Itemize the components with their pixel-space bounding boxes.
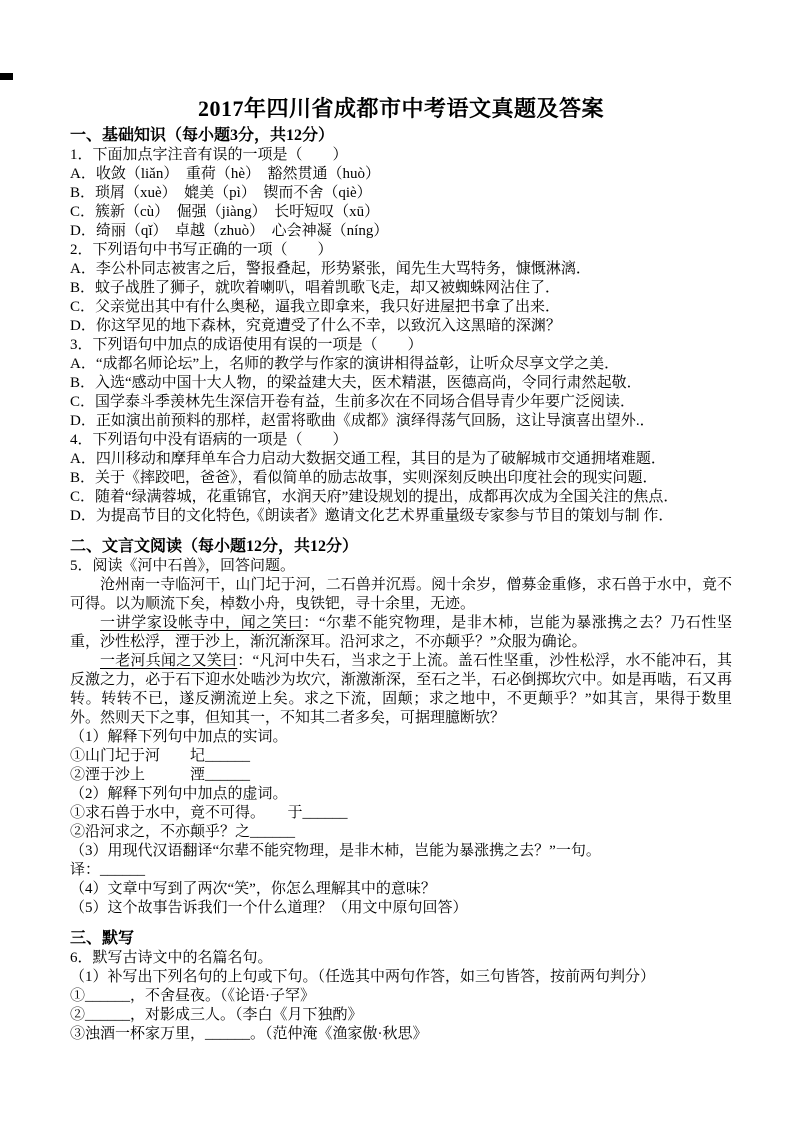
passage-paragraph: 一老河兵闻之又笑曰：“凡河中失石，当求之于上流。盖石性坚重，沙性松浮，水不能冲石…	[70, 652, 732, 728]
blank-answer-line: ①山门圮于河 圮______	[70, 747, 732, 766]
subquestion-line: （2）解释下列句中加点的虚词。	[70, 785, 732, 804]
page-edge-mark	[0, 73, 13, 80]
question-line: 6．默写古诗文中的名篇名句。	[70, 949, 732, 968]
section2-heading: 二、文言文阅读（每小题12分，共12分）	[70, 537, 732, 557]
section-gap	[70, 918, 732, 929]
question-line: 4．下列语句中没有语病的一项是（ ）	[70, 431, 732, 450]
question-line: 1．下面加点字注音有误的一项是（ ）	[70, 146, 732, 165]
blank-answer-line: ②湮于沙上 湮______	[70, 766, 732, 785]
blank-answer-line: 译：______	[70, 861, 732, 880]
option-line: D．绮丽（qǐ） 卓越（zhuò） 心会神凝（níng）	[70, 222, 732, 241]
option-line: B．关于《摔跤吧，爸爸》，看似简单的励志故事，实则深刻反映出印度社会的现实问题．	[70, 469, 732, 488]
option-line: D．正如演出前预料的那样，赵雷将歌曲《成都》演绎得荡气回肠，这让导演喜出望外.．	[70, 412, 732, 431]
option-line: B．入选“感动中国十大人物，的梁益建大夫，医术精湛，医德高尚，令同行肃然起敬．	[70, 374, 732, 393]
section1-heading: 一、基础知识（每小题3分，共12分）	[70, 126, 732, 146]
subquestion-line: （4）文章中写到了两次“笑”，你怎么理解其中的意味？	[70, 880, 732, 899]
option-line: A．四川移动和摩拜单车合力启动大数据交通工程，其目的是为了破解城市交通拥堵难题．	[70, 450, 732, 469]
subquestion-line: （1）解释下列句中加点的实词。	[70, 728, 732, 747]
option-line: C．父亲觉出其中有什么奥秘，逼我立即拿来，我只好进屋把书拿了出来．	[70, 298, 732, 317]
question-line: 5．阅读《河中石兽》，回答问题。	[70, 557, 732, 576]
section-basic-knowledge: 一、基础知识（每小题3分，共12分） 1．下面加点字注音有误的一项是（ ） A．…	[70, 126, 732, 526]
blank-answer-line: ②沿河求之，不亦颠乎？之______	[70, 823, 732, 842]
subquestion-line: （1）补写出下列名句的上句或下句。（任选其中两句作答，如三句皆答，按前两句判分）	[70, 968, 732, 987]
subquestion-line: （5）这个故事告诉我们一个什么道理？（用文中原句回答）	[70, 899, 732, 918]
section-gap	[70, 526, 732, 537]
question-line: 3．下列语句中加点的成语使用有误的一项是（ ）	[70, 336, 732, 355]
exam-page: 2017年四川省成都市中考语文真题及答案 一、基础知识（每小题3分，共12分） …	[0, 0, 794, 1123]
passage-paragraph: 一讲学家设帐寺中，闻之笑曰：“尔辈不能究物理，是非木杮，岂能为暴涨携之去？乃石性…	[70, 614, 732, 652]
option-line: D．你这罕见的地下森林，究竟遭受了什么不幸，以致沉入这黑暗的深渊？	[70, 317, 732, 336]
section-classical-reading: 二、文言文阅读（每小题12分，共12分） 5．阅读《河中石兽》，回答问题。 沧州…	[70, 537, 732, 918]
section-dictation: 三、默写 6．默写古诗文中的名篇名句。 （1）补写出下列名句的上句或下句。（任选…	[70, 929, 732, 1044]
blank-answer-line: ①______，不舍昼夜。（《论语·子罕》	[70, 987, 732, 1006]
option-line: C．簇新（cù） 倔强（jiàng） 长吁短叹（xū）	[70, 203, 732, 222]
option-line: D．为提高节目的文化特色,《朗读者》邀请文化艺术界重量级专家参与节目的策划与制 …	[70, 507, 732, 526]
blank-answer-line: ③浊酒一杯家万里，______。（范仲淹《渔家傲·秋思》	[70, 1025, 732, 1044]
passage-paragraph: 沧州南一寺临河干，山门圮于河，二石兽并沉焉。阅十余岁，僧募金重修，求石兽于水中，…	[70, 576, 732, 614]
subquestion-line: （3）用现代汉语翻译“尔辈不能究物理，是非木杮，岂能为暴涨携之去？”一句。	[70, 842, 732, 861]
page-content: 2017年四川省成都市中考语文真题及答案 一、基础知识（每小题3分，共12分） …	[70, 94, 732, 1044]
option-line: C．国学泰斗季羡林先生深信开卷有益，生前多次在不同场合倡导青少年要广泛阅读．	[70, 393, 732, 412]
blank-answer-line: ①求石兽于水中，竟不可得。 于______	[70, 804, 732, 823]
option-line: C．随着“绿满蓉城，花重锦官，水润天府”建设规划的提出，成都再次成为全国关注的焦…	[70, 488, 732, 507]
underlined-phrase: 一讲学家设帐寺中，闻之笑曰	[100, 615, 303, 631]
option-line: B．蚊子战胜了狮子，就吹着喇叭，唱着凯歌飞走，却又被蜘蛛网沾住了．	[70, 279, 732, 298]
question-line: 2．下列语句中书写正确的一项（ ）	[70, 241, 732, 260]
option-line: A．李公朴同志被害之后，警报叠起，形势紧张，闻先生大骂特务，慷慨淋漓．	[70, 260, 732, 279]
option-line: B．琐屑（xuè） 媲美（pì） 锲而不舍（qiè）	[70, 184, 732, 203]
underlined-phrase: 一老河兵闻之又笑曰	[100, 653, 237, 669]
option-line: A．收敛（liǎn） 重荷（hè） 豁然贯通（huò）	[70, 165, 732, 184]
blank-answer-line: ②______，对影成三人。（李白《月下独酌》	[70, 1006, 732, 1025]
page-title: 2017年四川省成都市中考语文真题及答案	[70, 94, 732, 123]
option-line: A．“成都名师论坛”上，名师的教学与作家的演讲相得益彰，让听众尽享文学之美．	[70, 355, 732, 374]
section3-heading: 三、默写	[70, 929, 732, 949]
